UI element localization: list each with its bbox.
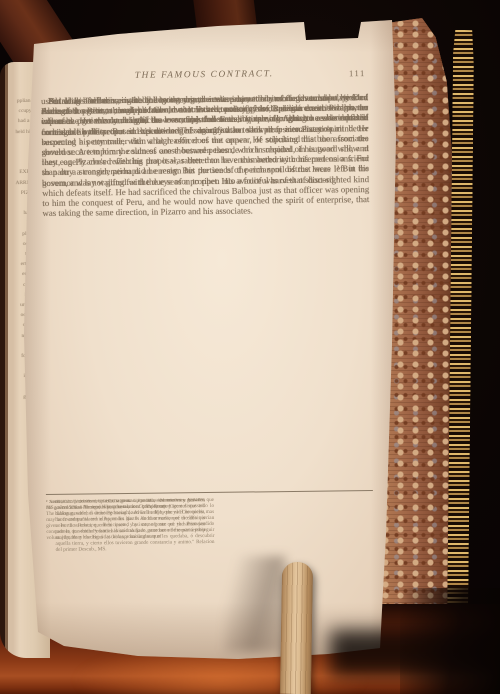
footnote-2-continued: affairs : "Vuelvos con la dicha gente á … xyxy=(55,498,215,554)
book-photo: pplian ; ella ccupy to th had a comp hel… xyxy=(0,0,500,694)
dowel-shadow xyxy=(224,556,286,652)
page-content: THE FAMOUS CONTRACT. 111 used all his in… xyxy=(41,56,375,620)
book-page: THE FAMOUS CONTRACT. 111 used all his in… xyxy=(8,14,398,660)
running-head-title: THE FAMOUS CONTRACT. xyxy=(41,68,368,86)
paragraph: Not long after this, in the following ye… xyxy=(41,92,368,137)
footnotes: ¹ Xerez, Conq. del Peru, ap. Barcia, tom… xyxy=(46,496,374,584)
footnote-column-right: affairs : "Vuelvos con la dicha gente á … xyxy=(55,498,214,500)
body-text: used all his influence with the governor… xyxy=(41,92,368,96)
stand-dowel xyxy=(280,562,313,694)
footnote-rule xyxy=(46,490,373,495)
base-dark-corner xyxy=(400,588,500,694)
page-number: 111 xyxy=(349,68,366,78)
gilt-binding-edge xyxy=(447,30,474,650)
